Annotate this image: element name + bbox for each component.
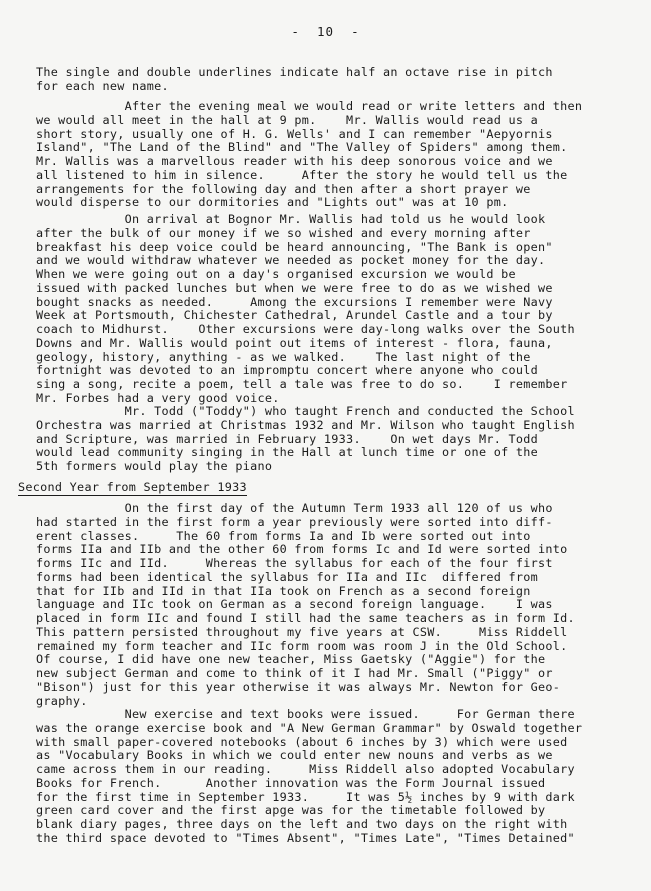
page-number: - 10 - xyxy=(0,24,651,39)
paragraph-line: fortnight was devoted to an impromptu co… xyxy=(36,364,538,377)
paragraph-line: green card cover and the first apge was … xyxy=(36,804,545,817)
paragraph-line: arrangements for the following day and t… xyxy=(36,183,531,196)
paragraph-line: we would all meet in the hall at 9 pm. M… xyxy=(36,114,538,127)
paragraph-line: for each new name. xyxy=(36,80,169,93)
paragraph-line: Island", "The Land of the Blind" and "Th… xyxy=(36,141,568,154)
paragraph-line: On arrival at Bognor Mr. Wallis had told… xyxy=(36,213,545,226)
paragraph-line: Books for French. Another innovation was… xyxy=(36,777,545,790)
section-heading: Second Year from September 1933 xyxy=(18,481,247,496)
paragraph-line: 5th formers would play the piano xyxy=(36,460,272,473)
paragraph-line: remained my form teacher and IIc form ro… xyxy=(36,640,568,653)
paragraph-line: Downs and Mr. Wallis would point out ite… xyxy=(36,337,553,350)
paragraph-line: After the evening meal we would read or … xyxy=(36,100,582,113)
paragraph-line: and we would withdraw whatever we needed… xyxy=(36,254,545,267)
paragraph-line: the third space devoted to "Times Absent… xyxy=(36,832,575,845)
paragraph-line: language and IIc took on German as a sec… xyxy=(36,598,553,611)
paragraph-line: Orchestra was married at Christmas 1932 … xyxy=(36,419,575,432)
paragraph-line: sing a song, recite a poem, tell a tale … xyxy=(36,378,568,391)
paragraph-line: erent classes. The 60 from forms Ia and … xyxy=(36,530,531,543)
paragraph-line: was the orange exercise book and "A New … xyxy=(36,722,582,735)
paragraph-line: issued with packed lunches but when we w… xyxy=(36,282,553,295)
document-page: - 10 - The single and double underlines … xyxy=(0,0,651,891)
paragraph-line: This pattern persisted throughout my fiv… xyxy=(36,626,568,639)
paragraph-line: all listened to him in silence. After th… xyxy=(36,169,568,182)
paragraph-line: placed in form IIc and found I still had… xyxy=(36,612,575,625)
paragraph-line: The single and double underlines indicat… xyxy=(36,66,553,79)
paragraph-line: Week at Portsmouth, Chichester Cathedral… xyxy=(36,309,553,322)
paragraph-line: geology, history, anything - as we walke… xyxy=(36,351,531,364)
paragraph-line: that for IIb and IId in that IIa took on… xyxy=(36,585,531,598)
paragraph-line: short story, usually one of H. G. Wells'… xyxy=(36,128,553,141)
paragraph-line: graphy. xyxy=(36,695,88,708)
paragraph-line: as "Vocabulary Books in which we could e… xyxy=(36,749,553,762)
paragraph-line: would lead community singing in the Hall… xyxy=(36,446,538,459)
paragraph-line: When we were going out on a day's organi… xyxy=(36,268,516,281)
paragraph-line: "Bison") just for this year otherwise it… xyxy=(36,681,560,694)
paragraph-line: with small paper-covered notebooks (abou… xyxy=(36,736,568,749)
paragraph-line: forms IIc and IId. Whereas the syllabus … xyxy=(36,557,553,570)
paragraph-line: came across them in our reading. Miss Ri… xyxy=(36,763,575,776)
paragraph-line: blank diary pages, three days on the lef… xyxy=(36,818,568,831)
paragraph-line: Of course, I did have one new teacher, M… xyxy=(36,653,545,666)
paragraph-line: would disperse to our dormitories and "L… xyxy=(36,196,508,209)
paragraph-line: forms had been identical the syllabus fo… xyxy=(36,571,538,584)
paragraph-line: after the bulk of our money if we so wis… xyxy=(36,227,531,240)
paragraph-line: new subject German and come to think of … xyxy=(36,667,553,680)
paragraph-line: for the first time in September 1933. It… xyxy=(36,791,575,804)
paragraph-line: had started in the first form a year pre… xyxy=(36,516,553,529)
paragraph-line: Mr. Forbes had a very good voice. xyxy=(36,392,280,405)
paragraph-line: Mr. Todd ("Toddy") who taught French and… xyxy=(36,405,575,418)
paragraph-line: bought snacks as needed. Among the excur… xyxy=(36,296,553,309)
paragraph-line: New exercise and text books were issued.… xyxy=(36,708,575,721)
paragraph-line: Mr. Wallis was a marvellous reader with … xyxy=(36,155,553,168)
paragraph-line: and Scripture, was married in February 1… xyxy=(36,433,538,446)
paragraph-line: forms IIa and IIb and the other 60 from … xyxy=(36,543,568,556)
paragraph-line: breakfast his deep voice could be heard … xyxy=(36,241,553,254)
paragraph-line: On the first day of the Autumn Term 1933… xyxy=(36,502,553,515)
paragraph-line: coach to Midhurst. Other excursions were… xyxy=(36,323,575,336)
